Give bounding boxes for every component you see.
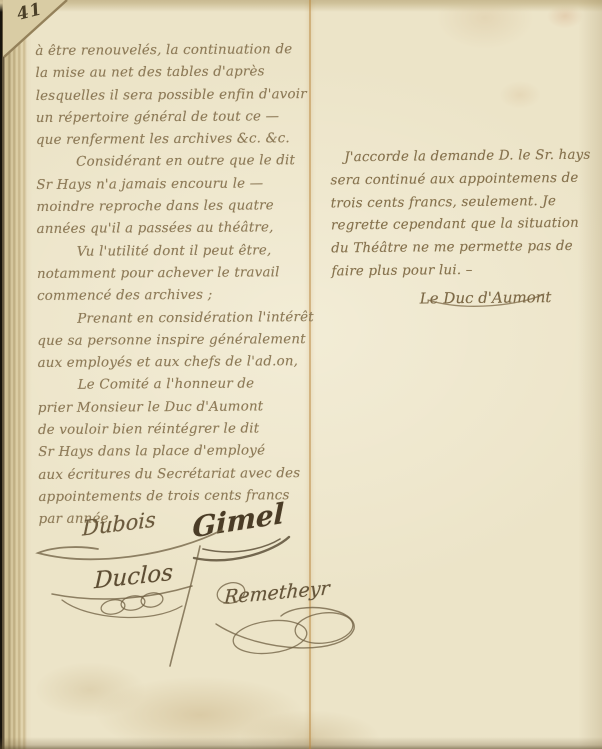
page-right-edge xyxy=(578,0,602,749)
manuscript-line: notamment pour achever le travail xyxy=(37,262,315,286)
manuscript-line: du Théâtre ne me permette pas de xyxy=(331,236,599,262)
left-column: à être renouvelés, la continuation de la… xyxy=(35,39,316,531)
manuscript-line: années qu'il a passées au théâtre, xyxy=(37,217,315,241)
manuscript-line: Vu l'utilité dont il peut être, xyxy=(37,240,315,264)
manuscript-line: Le Comité a l'honneur de xyxy=(38,373,316,397)
manuscript-line: regrette cependant que la situation xyxy=(331,213,599,239)
manuscript-line: Sr Hays dans la place d'employé xyxy=(38,440,316,464)
manuscript-line: Prenant en considération l'intérêt xyxy=(37,307,315,331)
manuscript-line: aux employés et aux chefs de l'ad.on, xyxy=(37,351,315,375)
manuscript-line: Considérant en outre que le dit xyxy=(36,151,314,175)
right-column: J'accorde la demande D. le Sr. hays sera… xyxy=(330,145,600,308)
committee-signature: Remetheyr xyxy=(223,577,330,608)
manuscript-line: aux écritures du Secrétariat avec des xyxy=(38,463,316,487)
committee-signature: Duclos xyxy=(94,560,174,595)
manuscript-line: de vouloir bien réintégrer le dit xyxy=(38,418,316,442)
manuscript-line: que sa personne inspire généralement xyxy=(37,329,315,353)
book-binding-edge xyxy=(0,0,32,749)
manuscript-line: trois cents francs, seulement. Je xyxy=(331,190,599,216)
manuscript-line: un répertoire général de tout ce — xyxy=(36,106,314,130)
manuscript-line: Sr Hays n'a jamais encouru le — xyxy=(36,173,314,197)
manuscript-line: J'accorde la demande D. le Sr. hays xyxy=(330,145,598,171)
manuscript-line: sera continué aux appointemens de xyxy=(330,167,598,193)
manuscript-line: que renferment les archives &c. &c. xyxy=(36,128,314,152)
manuscript-line: moindre reproche dans les quatre xyxy=(36,195,314,219)
manuscript-line: prier Monsieur le Duc d'Aumont xyxy=(38,396,316,420)
manuscript-line: faire plus pour lui. – xyxy=(331,259,599,285)
manuscript-line: à être renouvelés, la continuation de xyxy=(35,39,313,63)
manuscript-page: 41 à être renouvelés, la continuation de… xyxy=(0,0,602,749)
manuscript-line: lesquelles il sera possible enfin d'avoi… xyxy=(36,84,314,108)
manuscript-line: commencé des archives ; xyxy=(37,284,315,308)
page-top-edge xyxy=(0,0,602,12)
page-bottom-edge xyxy=(0,737,602,749)
manuscript-line: la mise au net des tables d'après xyxy=(35,61,313,85)
duc-daumont-signature: Le Duc d'Aumont xyxy=(332,289,600,307)
